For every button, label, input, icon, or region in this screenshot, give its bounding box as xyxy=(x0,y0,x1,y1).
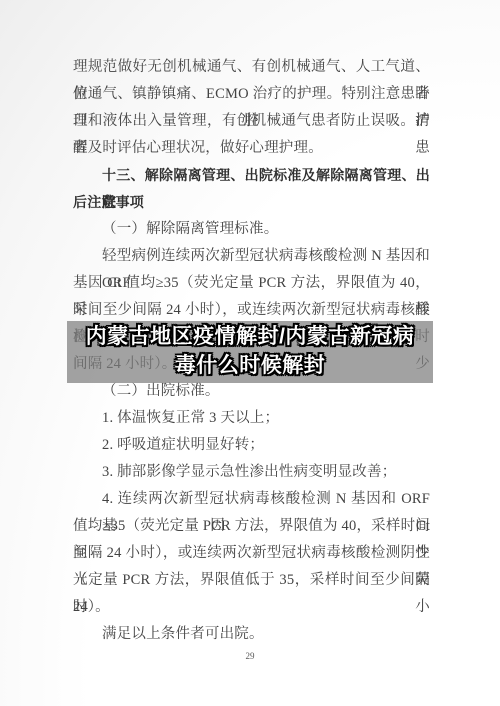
document-line: 间隔 24 小时），或连续两次新型冠状病毒核酸检测阴性（荧 xyxy=(73,540,430,567)
watermark-title-line2: 毒什么时候解封 xyxy=(67,351,433,380)
document-line: 轻型病例连续两次新型冠状病毒核酸检测 N 基因和 ORF xyxy=(73,243,430,270)
page-number: 29 xyxy=(0,651,500,661)
list-item: 3. 肺部影像学显示急性渗出性病变明显改善； xyxy=(73,459,430,486)
document-line: 值均≥35（荧光定量 PCR 方法，界限值为 40，采样时间至少 xyxy=(73,513,430,540)
document-line: 光定量 PCR 方法，界限值低于 35，采样时间至少间隔 24 小 xyxy=(73,567,430,594)
watermark-title-band: 内蒙古地区疫情解封/内蒙古新冠病 毒什么时候解封 xyxy=(67,321,433,383)
document-page: 理规范做好无创机械通气、有创机械通气、人工气道、俯卧 位通气、镇静镇痛、ECMO… xyxy=(0,0,500,706)
section-heading-line: 十三、解除隔离管理、出院标准及解除隔离管理、出院 xyxy=(73,162,430,189)
section-heading-line: 后注意事项 xyxy=(73,189,430,216)
watermark-title-line1: 内蒙古地区疫情解封/内蒙古新冠病 xyxy=(67,322,433,351)
document-line: 理和液体出入量管理，有创机械通气患者防止误吸。清醒患 xyxy=(73,108,430,135)
document-line: 满足以上条件者可出院。 xyxy=(73,621,430,648)
list-item: 1. 体温恢复正常 3 天以上； xyxy=(73,405,430,432)
document-line: 基因 Ct 值均≥35（荧光定量 PCR 方法，界限值为 40，采样 xyxy=(73,270,430,297)
list-item: 2. 呼吸道症状明显好转； xyxy=(73,432,430,459)
document-line: 时间至少间隔 24 小时），或连续两次新型冠状病毒核酸检 xyxy=(73,297,430,324)
list-item: 4. 连续两次新型冠状病毒核酸检测 N 基因和 ORF 基因 Ct xyxy=(73,486,430,513)
document-line: 位通气、镇静镇痛、ECMO 治疗的护理。特别注意患者口腔护 xyxy=(73,81,430,108)
subsection-heading: （一）解除隔离管理标准。 xyxy=(73,216,430,243)
document-line: 理规范做好无创机械通气、有创机械通气、人工气道、俯卧 xyxy=(73,54,430,81)
